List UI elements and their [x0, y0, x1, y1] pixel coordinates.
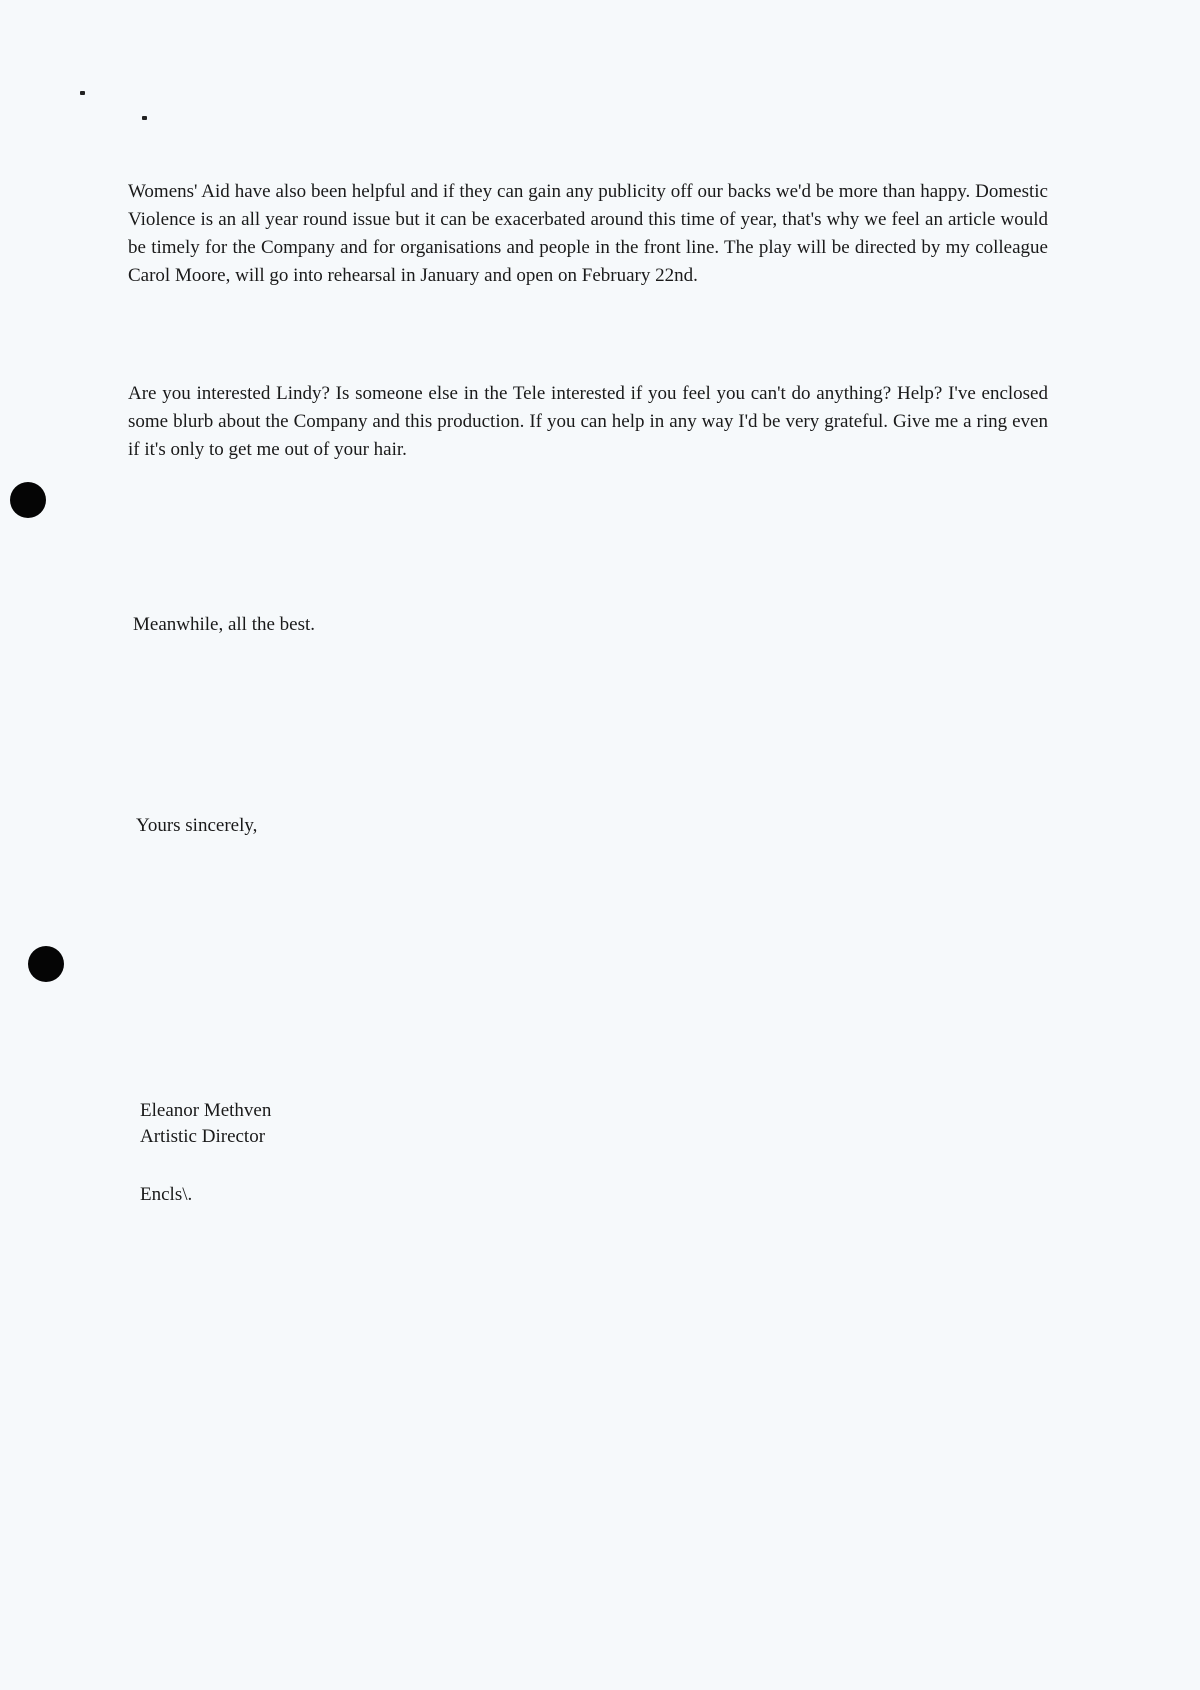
signatory-title: Artistic Director [140, 1126, 265, 1148]
body-paragraph: Womens' Aid have also been helpful and i… [128, 178, 1048, 290]
scan-speck [80, 91, 85, 95]
signatory-name: Eleanor Methven [140, 1100, 271, 1122]
closing-remark: Meanwhile, all the best. [133, 614, 315, 636]
enclosures-note: Encls\. [140, 1184, 192, 1206]
punch-hole [10, 482, 46, 518]
punch-hole [28, 946, 64, 982]
body-paragraph: Are you interested Lindy? Is someone els… [128, 380, 1048, 464]
sign-off: Yours sincerely, [136, 815, 257, 837]
scan-speck [142, 116, 147, 120]
